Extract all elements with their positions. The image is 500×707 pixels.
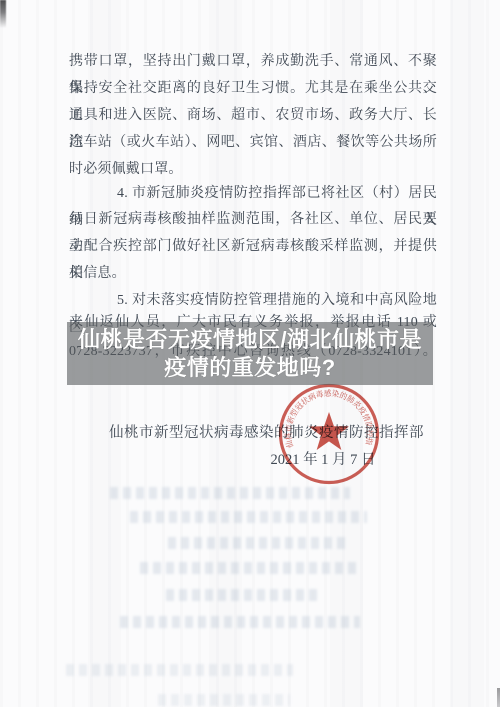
bleed-through-artifact [158,694,290,706]
caption-overlay: 仙桃是否无疫情地区/湖北仙桃市是 疫情的重发地吗? [67,322,433,385]
star-icon [309,412,349,450]
official-seal: 仙桃市新型冠状病毒感染的肺炎疫情防控指挥部 [276,381,382,487]
document-line: 携带口罩，坚持出门戴口罩，养成勤洗手、常通风、不聚集、 [69,48,437,75]
document-line: 动配合疾控部门做好社区新冠病毒核酸采样监测，并提供相 [69,233,437,260]
scan-corner-artifact [0,0,6,28]
bleed-through-artifact [130,511,367,523]
document-line: 关信息。 [69,260,437,287]
document-line: 每日新冠病毒核酸抽样监测范围，各社区、单位、居民要主 [69,206,437,233]
caption-line-2: 疫情的重发地吗? [164,354,335,382]
bleed-through-artifact [140,562,358,574]
document-line: 4. 市新冠肺炎疫情防控指挥部已将社区（村）居民纳入 [69,180,437,207]
bleed-through-artifact [168,537,346,549]
document-line: 时必须佩戴口罩。 [69,156,437,183]
bleed-through-artifact [110,487,350,499]
bleed-through-artifact [120,616,360,628]
document-line: 工具和进入医院、商场、超市、农贸市场、政务大厅、长途 [69,102,437,129]
document-line: 汽车站（或火车站）、网吧、宾馆、酒店、餐饮等公共场所 [69,129,437,156]
bleed-through-artifact [166,589,321,601]
bleed-through-artifact [66,664,293,676]
document-line: 保持安全社交距离的良好卫生习惯。尤其是在乘坐公共交通 [69,75,437,102]
caption-line-1: 仙桃是否无疫情地区/湖北仙桃市是 [78,326,422,354]
scanned-document-page: 携带口罩，坚持出门戴口罩，养成勤洗手、常通风、不聚集、 保持安全社交距离的良好卫… [0,0,500,707]
